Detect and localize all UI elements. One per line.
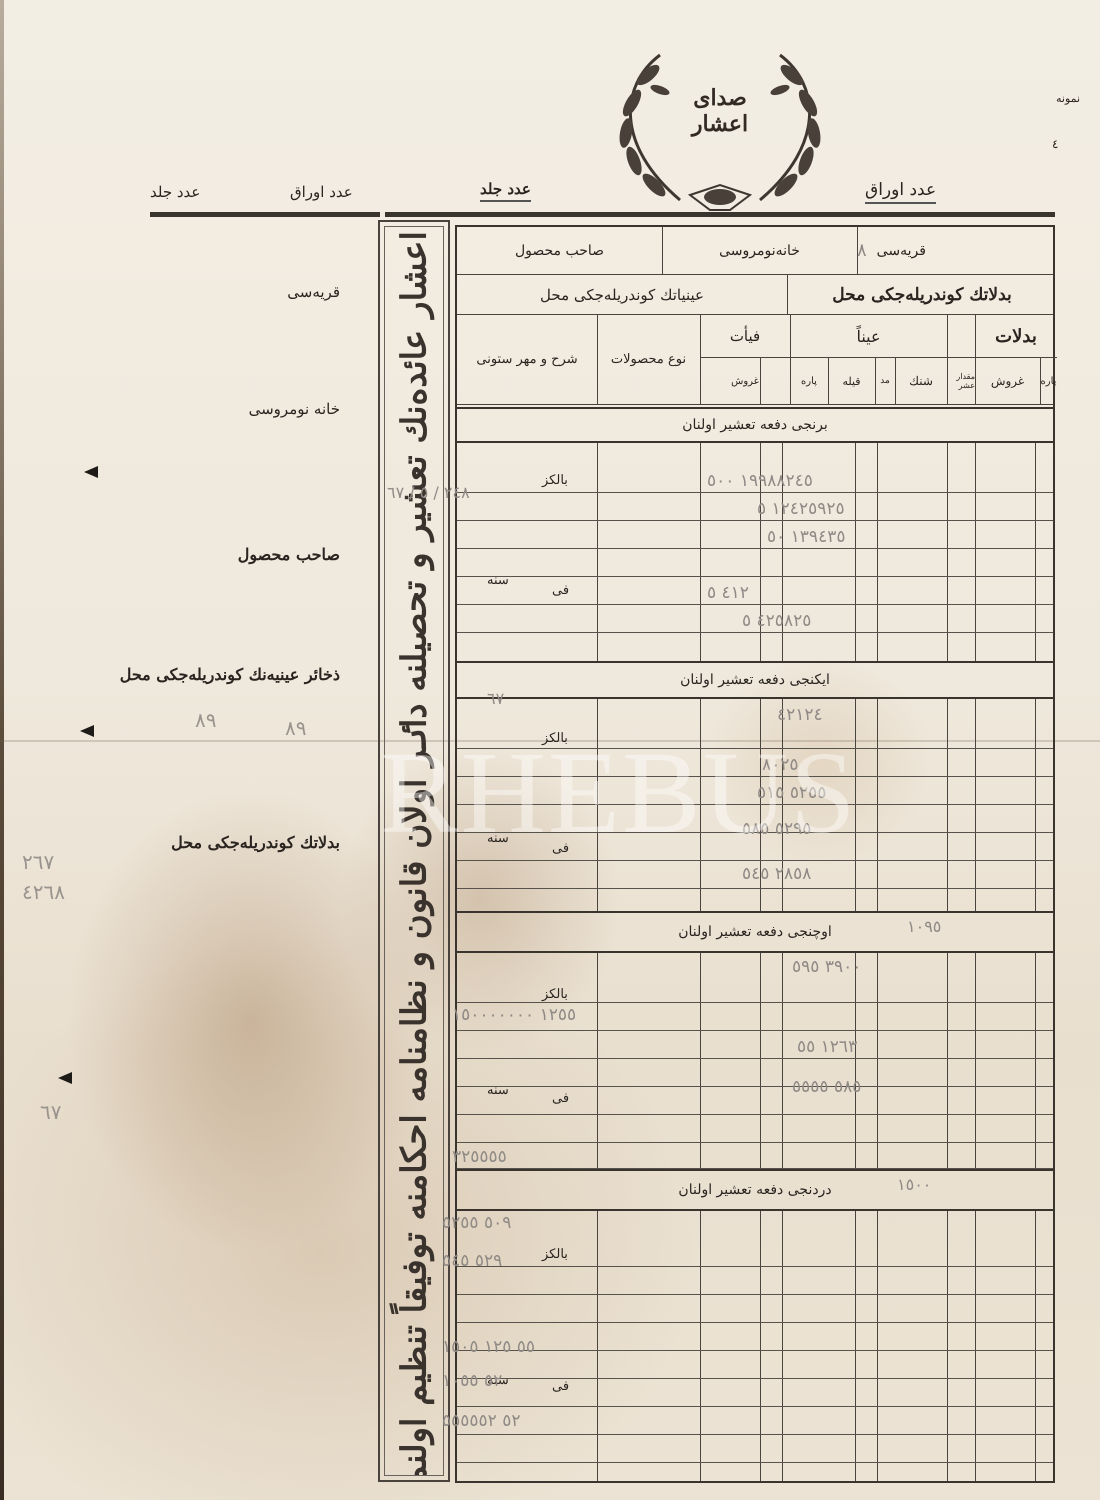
pencil-note: ٤٢٦٨ [22, 880, 65, 904]
subcolumn-unit: مد [875, 357, 895, 405]
pencil-entry: ٣٢٥٥٥٥ [452, 1147, 507, 1167]
binding-hole [84, 466, 98, 478]
pencil-margin-note: ١٥٠٠ [897, 1175, 931, 1194]
section-3-on-label: فی [552, 1091, 569, 1106]
cash-destination-label: بدلاتك كوندریله‌جكی محل [787, 275, 1057, 314]
village-field: قریه‌سی ٨ [857, 227, 1057, 274]
pencil-entry: ٤٢٥٨٢٥ ٥ [742, 611, 811, 631]
corner-sample-mark: نمونه [1056, 92, 1080, 105]
binding-hole [58, 1072, 72, 1084]
pencil-note: ٢٦٧ [22, 850, 54, 874]
subcolumn-para-2: پاره [790, 357, 828, 405]
stub-label-crop-owner: صاحب محصول [238, 545, 340, 564]
pencil-margin-note: ٦٧ [487, 689, 504, 708]
subcolumn-kile: قیله [828, 357, 875, 405]
pencil-note: ٨٩ [285, 716, 306, 740]
pencil-margin-note: ١٠٩٥ [907, 917, 941, 936]
seal-text-line-2: اعشار [670, 111, 770, 137]
pencil-entry: ٥٥ ١٢٥ ١٥٠٥ [442, 1337, 535, 1357]
stub-volume-count-label: عدد جلد [150, 183, 200, 201]
stub-label-house-number: خانه نومروسی [249, 400, 340, 418]
section-4-body: بالكز فی سنه ٥٠٩ ٥٢٥٥ ٥٢٩ ٥٤٥ ٥٥ ١٢٥ ١٥٠… [457, 1211, 1053, 1481]
section-3-title: اوچنجی دفعه تعشیر اولنان [457, 911, 1053, 953]
pencil-margin-note: ٢٤٨ / ٥ / ٦٧ [387, 483, 470, 502]
seal-text-line-1: صدای [670, 85, 770, 111]
pencil-entry: ١٢٥٥ ١٥٠٠٠٠٠٠٠ [452, 1005, 576, 1025]
crop-owner-label: صاحب محصول [457, 227, 662, 274]
column-description: شرح و مهر ستونی [457, 315, 597, 404]
village-value: ٨ [857, 240, 867, 261]
subcolumn-row: پاره غروش مقدار عشر شنك مد قیله پاره غرو… [700, 357, 1057, 405]
stub-label-in-kind-destination: ذخائر عینیه‌نك كوندریله‌جكی محل [120, 665, 340, 684]
main-sheet-count-label: عدد اوراق [865, 180, 936, 204]
pencil-entry: ٢٨٥٨ ٥٤٥ [742, 864, 811, 884]
section-4-on-label: فی [552, 1379, 569, 1394]
pencil-entry: ٤٢١٢٤ [777, 705, 823, 725]
pencil-entry: ١٢٤٢٥٩٢٥ ٥ [757, 499, 845, 519]
watermark: RHEBUS [380, 725, 858, 861]
column-cash: بدلات [975, 315, 1057, 357]
section-1-on-label: فی [552, 583, 569, 598]
subcolumn-para: پاره [1040, 357, 1057, 405]
pencil-entry: ١٩٩٨٨٢٤٥ ٥٠٠ [707, 471, 813, 491]
section-4-only-label: بالكز [542, 1247, 568, 1262]
main-volume-count-label: عدد جلد [480, 180, 531, 202]
stub-top-rule [150, 212, 380, 217]
column-crop-type: نوع محصولات [597, 315, 700, 404]
section-1-body: بالكز فی سنه ١٩٩٨٨٢٤٥ ٥٠٠ ١٢٤٢٥٩٢٥ ٥ ١٣٩… [457, 443, 1053, 661]
house-number-label: خانه‌نومروسی [662, 227, 857, 274]
section-1-title: برنجی دفعه تعشیر اولنان [457, 407, 1053, 443]
top-info-row: قریه‌سی ٨ خانه‌نومروسی صاحب محصول [457, 227, 1053, 275]
page-edge [0, 0, 4, 1500]
column-header-row: بدلات عیناً فیأت نوع محصولات شرح و مهر س… [457, 315, 1053, 405]
subcolumn-shinik: شنك [895, 357, 947, 405]
pencil-entry: ٥٢٩ ٥٤٥ [442, 1251, 502, 1271]
pencil-entry: ٥٨٥ ٥٥٥٥ [792, 1077, 861, 1097]
column-in-kind: عیناً [790, 315, 947, 357]
subcolumn-tithe-amount: مقدار عشر [947, 357, 975, 405]
stub-label-cash-destination: بدلاتك كوندریله‌جكی محل [171, 833, 340, 852]
section-1-year-label: سنه [487, 573, 509, 588]
section-2-title: ایكنجی دفعه تعشیر اولنان [457, 661, 1053, 699]
pencil-note: ٨٩ [195, 708, 216, 732]
wreath-seal: صدای اعشار [600, 35, 840, 215]
section-1-only-label: بالكز [542, 473, 568, 488]
pencil-entry: ١٣٩٤٣٥ ٥٠ [767, 527, 845, 547]
pencil-entry: ٤١٢ ٥ [707, 583, 749, 603]
pencil-note: ٦٧ [40, 1100, 61, 1124]
binding-hole [80, 725, 94, 737]
subcolumn-kurus: غروش [975, 357, 1040, 405]
subcolumn-kurus-2: غروش [700, 357, 790, 405]
corner-number: ٤ [1052, 137, 1058, 151]
section-3-year-label: سنه [487, 1083, 509, 1098]
pencil-entry: ٥٢ ١٠٥٥ [442, 1371, 502, 1391]
pencil-entry: ١٢٦٣ ٥٥ [797, 1037, 857, 1057]
section-3-only-label: بالكز [542, 987, 568, 1002]
pencil-entry: ٣٩٠٠ ٥٩٥ [792, 957, 861, 977]
in-kind-destination-label: عینیاتك كوندریله‌جكی محل [457, 275, 787, 314]
stub-sheet-count-label: عدد اوراق [290, 183, 353, 201]
main-top-rule [385, 212, 1055, 217]
pencil-entry: ٥٢ ٥٥٥٥٥٢ [442, 1411, 520, 1431]
column-price: فیأت [700, 315, 790, 357]
section-4-title: دردنجی دفعه تعشیر اولنان [457, 1169, 1053, 1211]
section-3-body: بالكز فی سنه ٣٩٠٠ ٥٩٥ ١٢٥٥ ١٥٠٠٠٠٠٠٠ ١٢٦… [457, 953, 1053, 1169]
village-label: قریه‌سی [877, 243, 926, 259]
stub-label-village: قریه‌سی [287, 283, 340, 301]
pencil-entry: ٥٠٩ ٥٢٥٥ [442, 1213, 511, 1233]
destination-row: بدلاتك كوندریله‌جكی محل عینیاتك كوندریله… [457, 275, 1053, 315]
